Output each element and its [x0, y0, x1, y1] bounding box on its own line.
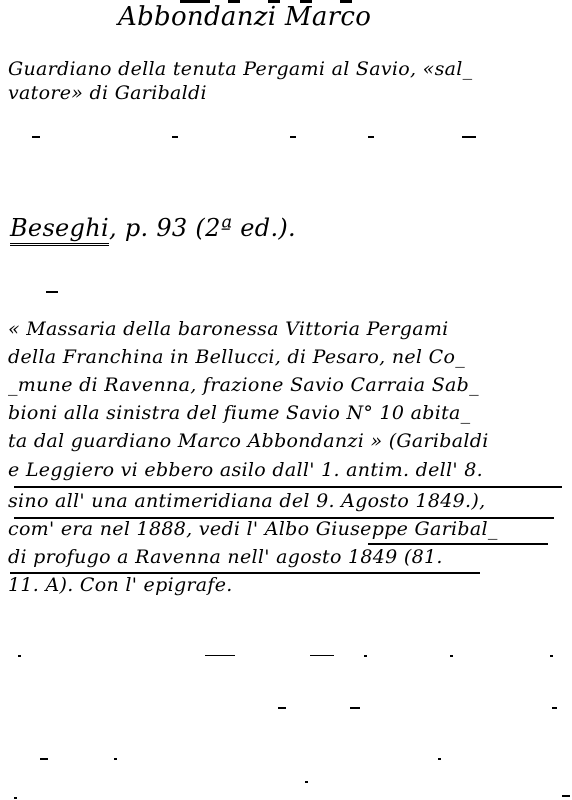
description-line: Guardiano della tenuta Pergami al Savio,…: [8, 58, 472, 80]
quote-line: com' era nel 1888, vedi l' Albo Giuseppe…: [8, 518, 498, 540]
separator-dash: [172, 136, 178, 138]
scan-speck: [310, 655, 334, 656]
scan-speck: [364, 655, 367, 657]
quote-line: bioni alla sinistra del fiume Savio N° 1…: [8, 402, 470, 424]
quote-line: « Massaria della baronessa Vittoria Perg…: [8, 318, 449, 340]
reference-author: Beseghi: [10, 214, 109, 246]
scan-speck: [450, 655, 453, 657]
underline: [368, 543, 548, 545]
scan-speck: [18, 655, 21, 657]
scan-speck: [438, 758, 441, 760]
separator-dash: [46, 291, 58, 293]
entry-heading: Abbondanzi Marco: [118, 2, 371, 32]
scan-speck: [350, 707, 360, 709]
quote-line: _mune di Ravenna, frazione Savio Carraia…: [8, 374, 479, 396]
quote-line: 11. A). Con l' epigrafe.: [8, 574, 233, 596]
description-line: vatore» di Garibaldi: [8, 82, 207, 104]
quote-line: di profugo a Ravenna nell' agosto 1849 (…: [8, 546, 443, 568]
separator-dash: [290, 136, 296, 138]
scan-speck: [562, 795, 570, 797]
quote-line: e Leggiero vi ebbero asilo dall' 1. anti…: [8, 459, 483, 481]
scan-speck: [14, 797, 17, 799]
separator-dash: [462, 136, 476, 138]
quote-line: ta dal guardiano Marco Abbondanzi » (Gar…: [8, 430, 489, 452]
scan-speck: [278, 707, 286, 709]
scan-speck: [552, 707, 557, 709]
scan-speck: [550, 655, 553, 657]
scan-speck: [305, 781, 308, 783]
scan-speck: [114, 758, 117, 760]
separator-dash: [32, 136, 40, 138]
reference-citation: , p. 93 (2ª ed.).: [109, 214, 296, 242]
underline: [14, 486, 562, 488]
quote-line: della Franchina in Bellucci, di Pesaro, …: [8, 346, 465, 368]
reference-line: Beseghi, p. 93 (2ª ed.).: [10, 214, 296, 242]
quote-line: sino all' una antimeridiana del 9. Agost…: [8, 490, 485, 512]
separator-dash: [368, 136, 374, 138]
scan-speck: [205, 655, 235, 656]
scan-speck: [40, 758, 48, 760]
